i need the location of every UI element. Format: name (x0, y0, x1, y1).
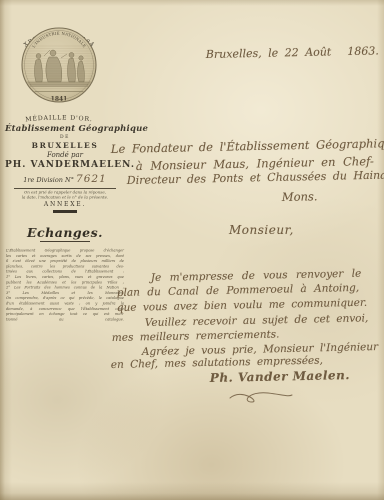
echanges-line: tionné au catalogue. (6, 317, 124, 322)
division-line: 1re Division N° 7621 (5, 173, 125, 185)
signature: Ph. Vander Maelen. (210, 368, 350, 385)
echanges-line: d'un établissement aussi vaste ; on y jo… (6, 301, 124, 306)
echanges-underline (40, 241, 90, 242)
date-year: 1863. (331, 44, 379, 58)
body-line: plan du Canal de Pommeroeul à Antoing, (117, 282, 360, 299)
founder-name: PH. VANDERMAELEN. (5, 160, 125, 170)
body-line: Veuillez recevoir au sujet de cet envoi, (145, 312, 369, 329)
echanges-title: Echanges. (5, 225, 125, 240)
establishment-name: Établissement Géographique (5, 124, 125, 134)
reminder-line: la date, l'indication et le n° de la pré… (5, 195, 125, 200)
date-place: Bruxelles, le 22 Août (206, 45, 332, 61)
signature-paraph-flourish-icon (226, 386, 296, 406)
body-line: que vous avez bien voulu me communiquer. (117, 297, 368, 314)
letterhead-column: Établissement Géographique DE BRUXELLES … (5, 124, 125, 396)
echanges-line: 1° Les livres, cartes, plans, vues et gr… (6, 274, 124, 279)
gold-medal-seal-icon: EXPOSITION DE 1841 (14, 12, 106, 128)
letterhead-city: BRUXELLES (5, 141, 125, 150)
division-label: 1re Division N° (23, 176, 74, 184)
division-number-handwritten: 7621 (76, 173, 107, 185)
annexe-label: ANNEXE. (5, 201, 125, 208)
salutation: Monsieur, (229, 223, 294, 237)
annexe-bar (53, 210, 77, 213)
date-line: Bruxelles, le 22 Août1863. (206, 44, 379, 61)
founded-by-label: Fondé par (5, 151, 125, 159)
reminder-note: On est prié de rappeler dans la réponse,… (5, 190, 125, 200)
body-line: mes meilleurs remerciements. (112, 328, 280, 344)
address-city: Mons. (282, 189, 318, 204)
letterhead-de: DE (5, 135, 125, 140)
echanges-notice: L'Établissement Géographique propose d'é… (6, 248, 124, 322)
medal-caption: MÉDAILLE D'OR. (25, 114, 93, 123)
letterhead-rule (14, 188, 116, 189)
address-headline: Le Fondateur de l'Établissement Géograph… (111, 136, 384, 156)
letter-page: EXPOSITION DE 1841 (0, 0, 384, 500)
